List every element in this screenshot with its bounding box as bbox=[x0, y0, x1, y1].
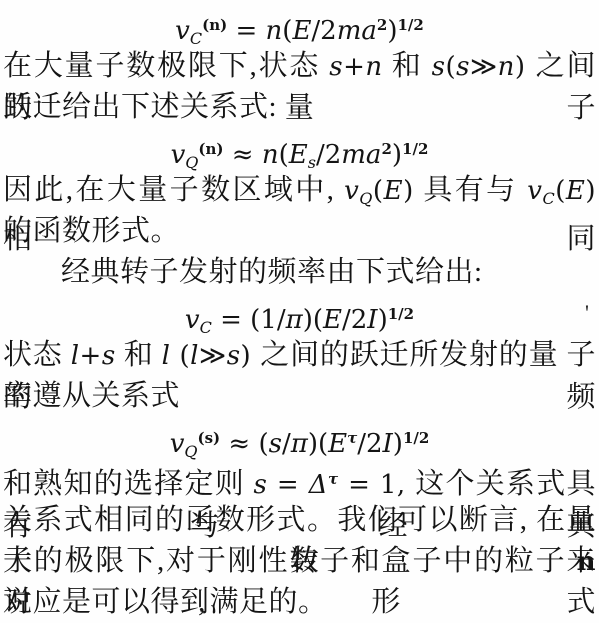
math-segment: ( bbox=[555, 176, 566, 206]
math-segment: I bbox=[383, 429, 393, 459]
math-segment: v bbox=[344, 176, 359, 206]
math-segment: = bbox=[227, 16, 265, 46]
text-line-8: 和熟知的选择定则 s = Δτ = 1, 这个关系式具有与经典 bbox=[3, 459, 596, 500]
math-segment: ≈ bbox=[224, 140, 262, 170]
math-segment: ≫ bbox=[199, 341, 227, 371]
math-segment: ) bbox=[393, 429, 403, 459]
math-segment: ( bbox=[279, 140, 289, 170]
cjk-text-segment: 在大量子数极限下,状态 bbox=[3, 50, 329, 82]
text-line-3: 因此,在大量子数区域中, vQ(E) 具有与 vC(E) 相同 bbox=[3, 170, 596, 211]
math-segment: E bbox=[328, 429, 347, 459]
formula-rotor-quantum: vQ(s) ≈ (s/π)(Eτ/2I)1/2 bbox=[3, 417, 596, 459]
math-segment: ) bbox=[585, 176, 596, 206]
math-segment: v bbox=[527, 176, 542, 206]
math-segment: /2 bbox=[311, 16, 336, 46]
cjk-text-segment: 跃迁给出下述关系式: bbox=[3, 91, 277, 123]
cjk-text-segment: 对应是可以得到满足的。 bbox=[3, 586, 328, 618]
cjk-text-segment: 状态 bbox=[3, 339, 71, 371]
math-segment: /2 bbox=[316, 140, 341, 170]
math-segment: τ bbox=[347, 429, 357, 447]
math-segment: + bbox=[80, 341, 102, 371]
cjk-text-segment: 和熟知的选择定则 bbox=[3, 468, 254, 500]
math-segment: E bbox=[566, 176, 585, 206]
cjk-text-segment: 因此,在大量子数区域中, bbox=[3, 174, 344, 206]
math-segment: = bbox=[267, 470, 308, 500]
math-segment: s bbox=[329, 52, 343, 82]
math-segment: s bbox=[227, 341, 241, 371]
math-segment: E bbox=[323, 305, 342, 335]
math-segment: v bbox=[170, 429, 185, 459]
math-segment: v bbox=[171, 140, 186, 170]
math-segment: ≫ bbox=[470, 52, 498, 82]
math-segment: n bbox=[262, 140, 279, 170]
math-segment: + bbox=[343, 52, 365, 82]
cjk-text-segment: 经典转子发射的频率由下式给出: bbox=[61, 256, 483, 288]
text-line-10: 大的极限下,对于刚性转子和盒子中的粒子来说,形式 bbox=[3, 541, 596, 582]
math-segment: )( bbox=[308, 429, 328, 459]
scanned-book-page: vC(n) = n(E/2ma2)1/2在大量子数极限下,状态 s+n 和 s(… bbox=[0, 0, 599, 623]
cjk-text-segment: 具有与 bbox=[414, 174, 528, 206]
math-segment: ) bbox=[403, 176, 414, 206]
cjk-text-segment: 和 bbox=[116, 339, 162, 371]
math-segment: n bbox=[365, 52, 382, 82]
math-segment: ) bbox=[241, 341, 261, 371]
math-segment: 1/2 bbox=[403, 429, 429, 447]
math-segment: / bbox=[282, 429, 291, 459]
math-segment: C bbox=[542, 189, 555, 208]
math-segment: Q bbox=[359, 189, 373, 208]
math-segment: (s) bbox=[198, 429, 221, 447]
math-segment: l bbox=[190, 341, 199, 371]
math-segment: π bbox=[286, 305, 303, 335]
text-line-9: 关系式相同的函数形式。我们可以断言, 在量子 数 n bbox=[3, 500, 596, 541]
math-segment: ( bbox=[445, 52, 456, 82]
math-segment: 1/2 bbox=[397, 16, 423, 34]
formula-particle-box-quantum: vQ(n) ≈ n(Es/2ma2)1/2 bbox=[3, 128, 596, 170]
cjk-text-segment: 的函数形式。 bbox=[3, 215, 180, 247]
math-segment: = 1, bbox=[339, 470, 416, 500]
math-segment: ma bbox=[337, 16, 377, 46]
math-segment: E bbox=[289, 140, 308, 170]
math-segment: (n) bbox=[202, 16, 227, 34]
math-segment: n bbox=[498, 52, 515, 82]
math-segment: v bbox=[175, 16, 190, 46]
math-segment: π bbox=[291, 429, 308, 459]
math-segment: /2 bbox=[342, 305, 367, 335]
math-segment: 1/2 bbox=[402, 140, 428, 158]
text-line-1: 在大量子数极限下,状态 s+n 和 s(s≫n) 之间的量子 bbox=[3, 46, 596, 87]
formula-rotor-classical: vC = (1/π)(E/2I)1/2 bbox=[3, 293, 596, 335]
cjk-text-segment: 和 bbox=[383, 50, 432, 82]
math-segment: ) bbox=[378, 305, 388, 335]
math-segment: = (1/ bbox=[212, 305, 286, 335]
math-segment: ) bbox=[515, 52, 536, 82]
math-segment: ) bbox=[392, 140, 402, 170]
math-segment: s bbox=[456, 52, 470, 82]
math-segment: ) bbox=[387, 16, 397, 46]
math-segment: s bbox=[432, 52, 446, 82]
math-segment: 2 bbox=[377, 16, 387, 34]
math-segment: ( bbox=[373, 176, 384, 206]
math-segment: (n) bbox=[198, 140, 223, 158]
math-segment: 2 bbox=[381, 140, 391, 158]
math-segment: )( bbox=[303, 305, 323, 335]
math-segment: ma bbox=[341, 140, 381, 170]
math-segment: 1/2 bbox=[388, 305, 414, 323]
math-segment: n bbox=[266, 16, 283, 46]
math-segment: l bbox=[71, 341, 80, 371]
math-segment: v bbox=[185, 305, 200, 335]
math-segment: s bbox=[254, 470, 268, 500]
math-segment: ( bbox=[282, 16, 292, 46]
math-segment: E bbox=[384, 176, 403, 206]
math-segment: τ bbox=[328, 470, 339, 488]
math-segment: ≈ ( bbox=[220, 429, 268, 459]
scan-speck: ' bbox=[585, 300, 589, 326]
math-segment: s bbox=[102, 341, 116, 371]
cjk-text-segment: 率遵从关系式 bbox=[3, 380, 180, 412]
math-segment: E bbox=[292, 16, 311, 46]
math-segment: /2 bbox=[357, 429, 382, 459]
formula-particle-box-classical: vC(n) = n(E/2ma2)1/2 bbox=[3, 4, 596, 46]
math-segment: s bbox=[269, 429, 282, 459]
page-text-body: vC(n) = n(E/2ma2)1/2在大量子数极限下,状态 s+n 和 s(… bbox=[3, 4, 596, 623]
math-segment: Δ bbox=[309, 470, 328, 500]
text-line-6: 状态 l+s 和 l (l≫s) 之间的跃迁所发射的量 子 的 频 bbox=[3, 335, 596, 376]
math-segment: ( bbox=[170, 341, 190, 371]
math-segment: I bbox=[367, 305, 377, 335]
